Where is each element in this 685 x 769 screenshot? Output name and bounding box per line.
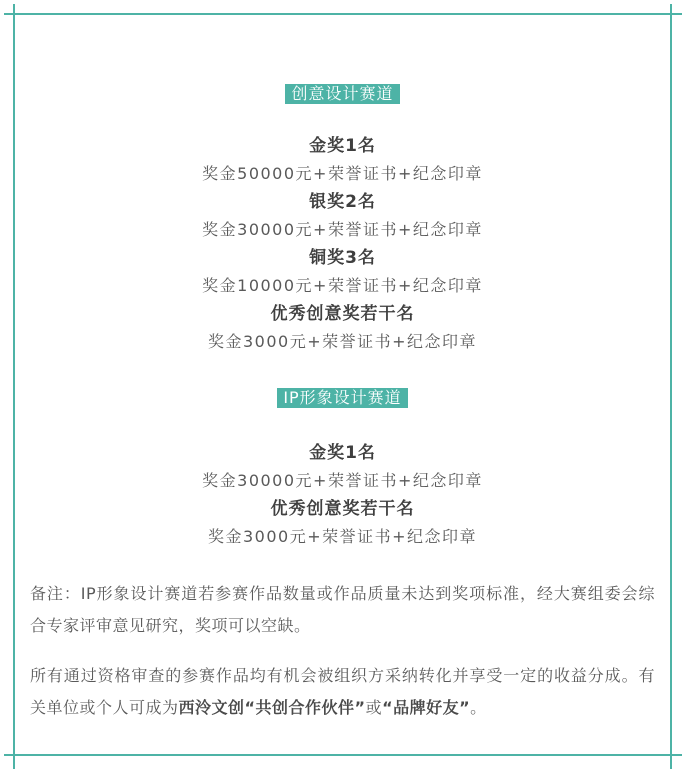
note-text: 备注：IP形象设计赛道若参赛作品数量或作品质量未达到奖项标准，经大赛组委会综合专…: [30, 584, 655, 635]
awards-list-ip-design: 金奖1名 奖金30000元+荣誉证书+纪念印章 优秀创意奖若干名 奖金3000元…: [30, 439, 655, 551]
award-prize: 奖金30000元+荣誉证书+纪念印章: [30, 216, 655, 244]
track-badge-ip-design: IP形象设计赛道: [277, 388, 407, 408]
note-text-bold: 西泠文创“共创合作伙伴”: [179, 698, 366, 717]
frame-line-bottom: [4, 754, 682, 756]
award-prize: 奖金10000元+荣誉证书+纪念印章: [30, 272, 655, 300]
award-title: 金奖1名: [30, 439, 655, 467]
award-prize: 奖金30000元+荣誉证书+纪念印章: [30, 467, 655, 495]
award-title: 铜奖3名: [30, 244, 655, 272]
award-title: 银奖2名: [30, 188, 655, 216]
award-prize: 奖金3000元+荣誉证书+纪念印章: [30, 328, 655, 356]
section-header-row: IP形象设计赛道: [30, 388, 655, 408]
award-prize: 奖金50000元+荣誉证书+纪念印章: [30, 160, 655, 188]
note-text: 。: [470, 698, 487, 717]
section-header-row: 创意设计赛道: [30, 84, 655, 104]
note-revenue-sharing: 所有通过资格审查的参赛作品均有机会被组织方采纳转化并享受一定的收益分成。有关单位…: [30, 660, 655, 724]
note-text-bold: “品牌好友”: [382, 698, 470, 717]
note-text: 或: [366, 698, 383, 717]
award-title: 优秀创意奖若干名: [30, 495, 655, 523]
track-badge-creative-design: 创意设计赛道: [285, 84, 399, 104]
award-title: 优秀创意奖若干名: [30, 300, 655, 328]
awards-list-creative-design: 金奖1名 奖金50000元+荣誉证书+纪念印章 银奖2名 奖金30000元+荣誉…: [30, 132, 655, 356]
frame-line-right: [670, 4, 672, 769]
award-title: 金奖1名: [30, 132, 655, 160]
article-body: 创意设计赛道 金奖1名 奖金50000元+荣誉证书+纪念印章 银奖2名 奖金30…: [15, 13, 670, 740]
note-award-vacancy: 备注：IP形象设计赛道若参赛作品数量或作品质量未达到奖项标准，经大赛组委会综合专…: [30, 578, 655, 642]
award-prize: 奖金3000元+荣誉证书+纪念印章: [30, 523, 655, 551]
